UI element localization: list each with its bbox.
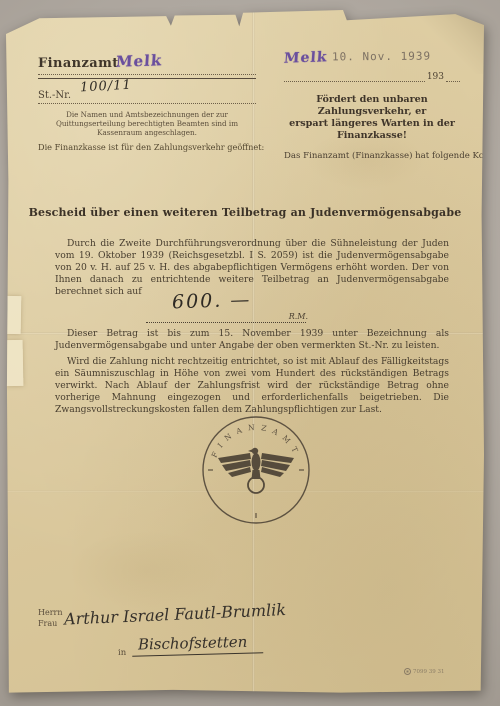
date-stamp: 10. Nov. 1939 [332, 50, 431, 64]
promo-line-2: erspart längeres Warten in der Finanzkas… [284, 118, 460, 142]
seal-graphic: FINANZAMT [200, 414, 312, 526]
in-label: in [118, 648, 126, 658]
stain [66, 530, 226, 610]
tape-patch [6, 340, 24, 386]
amount-line: 600. — R.M. [146, 292, 306, 323]
tax-number-label: St.-Nr. [38, 90, 71, 101]
cash-office-hours-line: Die Finanzkasse ist für den Zahlungsverk… [38, 142, 256, 152]
year-prefix: 193 [425, 72, 446, 82]
printer-mark: 7099 39 31 [404, 668, 445, 675]
eagle-emblem-icon [218, 448, 294, 493]
paragraph-due-date: Dieser Betrag ist bis zum 15. November 1… [55, 328, 449, 352]
recipient-place-handwritten: Bischofstetten [132, 632, 264, 656]
year-line: 193 [284, 70, 460, 82]
document-title: Bescheid über einen weiteren Teilbetrag … [26, 206, 464, 219]
dotted-line-short [446, 71, 460, 82]
photo-background: { "document": { "header_left": { "office… [0, 0, 500, 706]
header-right-block: Melk 10. Nov. 1939 193 Fördert den unbar… [284, 48, 460, 161]
accounts-line: Das Finanzamt (Finanzkasse) hat folgende… [284, 151, 460, 161]
document-paper: Finanzamt Melk St.-Nr. 100/11 Die Namen … [6, 10, 484, 694]
printer-mark-icon [404, 668, 411, 675]
tape-patch [6, 296, 22, 334]
header-left-block: Finanzamt Melk St.-Nr. 100/11 Die Namen … [38, 52, 256, 152]
payment-promo-text: Fördert den unbaren Zahlungsverkehr, er … [284, 94, 460, 142]
amount-value-handwritten: 600. — [172, 289, 252, 314]
city-stamp: Melk [283, 49, 328, 67]
paragraph-levy-increase: Durch die Zweite Durchführungsverordnung… [55, 238, 449, 298]
currency-label: R.M. [289, 312, 308, 321]
official-seal: FINANZAMT [200, 414, 312, 526]
office-row: Finanzamt Melk [38, 52, 256, 75]
stamp-row: Melk 10. Nov. 1939 [284, 48, 460, 70]
small-print-notice: Die Namen und Amtsbezeichnungen der zur … [38, 110, 256, 137]
promo-line-1: Fördert den unbaren Zahlungsverkehr, er [284, 94, 460, 118]
office-label: Finanzamt [38, 56, 119, 71]
paragraph-late-payment: Wird die Zahlung nicht rechtzeitig entri… [55, 356, 449, 416]
dotted-line [284, 71, 425, 82]
printer-mark-code: 7099 39 31 [413, 669, 445, 675]
tax-number-row: St.-Nr. 100/11 [38, 83, 256, 104]
office-city-stamp: Melk [115, 51, 163, 71]
recipient-block: Herrn Frau Arthur Israel Fautl-Brumlik i… [38, 608, 318, 630]
document-paper-wrapper: Finanzamt Melk St.-Nr. 100/11 Die Namen … [6, 10, 484, 694]
horizontal-rule [38, 78, 256, 79]
tax-number-value-handwritten: 100/11 [80, 78, 132, 96]
